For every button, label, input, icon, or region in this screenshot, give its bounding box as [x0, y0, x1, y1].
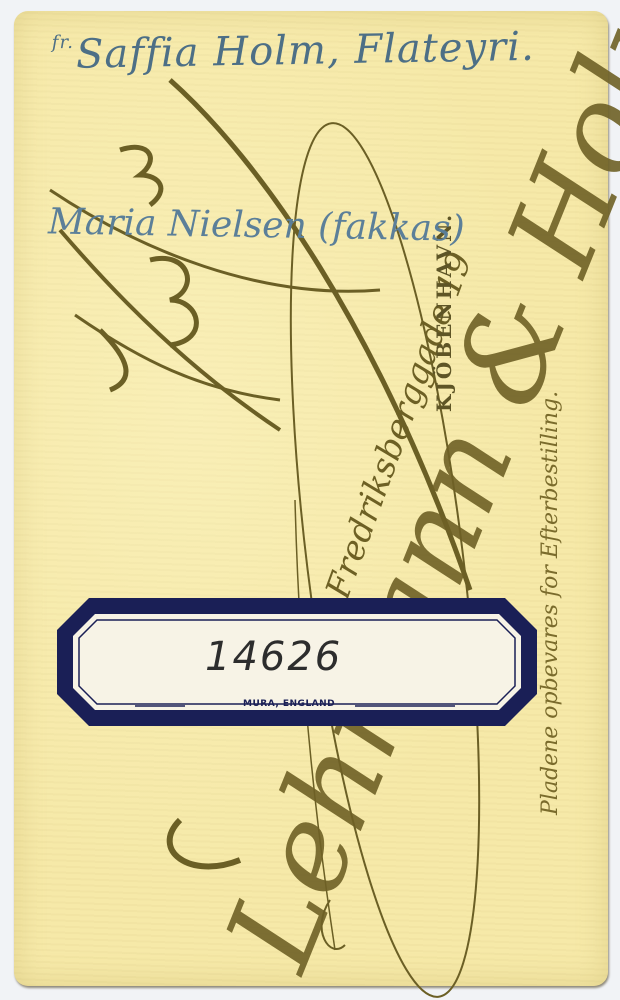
handwritten-line-2: Maria Nielsen (fakkas) — [48, 201, 465, 249]
label-maker: MURA, ENGLAND — [243, 699, 335, 709]
handwritten-line-1: fr.Saffia Holm, Flateyri. — [52, 24, 535, 78]
handwritten-prefix: fr. — [52, 32, 74, 53]
inventory-label: 14626 MURA, ENGLAND — [55, 596, 539, 728]
inventory-number: 14626 — [205, 634, 342, 680]
handwritten-name-1: Saffia Holm, Flateyri. — [76, 24, 535, 78]
reorder-note: Pladene opbevares for Efterbestilling. — [538, 391, 563, 815]
